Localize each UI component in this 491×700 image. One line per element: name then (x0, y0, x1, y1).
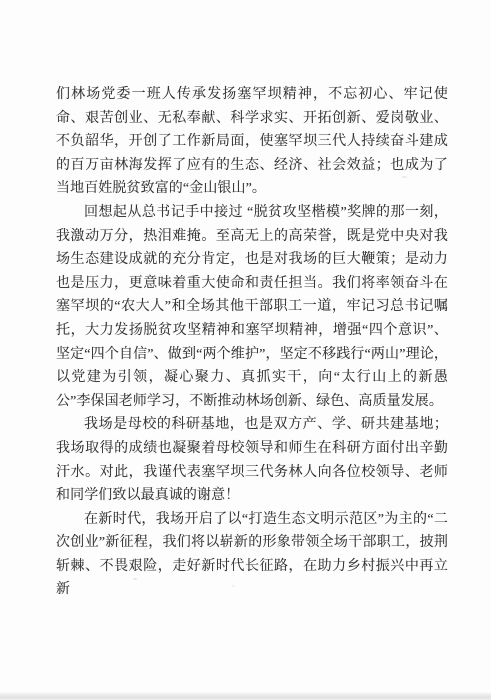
paragraph: 在新时代，我场开启了以“打造生态文明示范区”为主的“二次创业”新征程，我们将以崭… (56, 508, 448, 602)
page-bottom-edge (0, 692, 491, 700)
scanned-document-page: 们林场党委一班人传承发扬塞罕坝精神，不忘初心、牢记使命、艰苦创业、无私奉献、科学… (0, 0, 491, 700)
letter-body: 们林场党委一班人传承发扬塞罕坝精神，不忘初心、牢记使命、艰苦创业、无私奉献、科学… (56, 83, 448, 602)
paragraph: 回想起从总书记手中接过 “脱贫攻坚楷模”奖牌的那一刻，我激动万分，热泪难掩。至高… (56, 201, 448, 413)
paragraph: 我场是母校的科研基地，也是双方产、学、研共建基地；我场取得的成绩也凝聚着母校领导… (56, 413, 448, 507)
paragraph: 们林场党委一班人传承发扬塞罕坝精神，不忘初心、牢记使命、艰苦创业、无私奉献、科学… (56, 83, 448, 201)
scan-speckle (402, 176, 407, 178)
scan-speckle (232, 585, 235, 587)
scan-speckle (133, 578, 137, 580)
